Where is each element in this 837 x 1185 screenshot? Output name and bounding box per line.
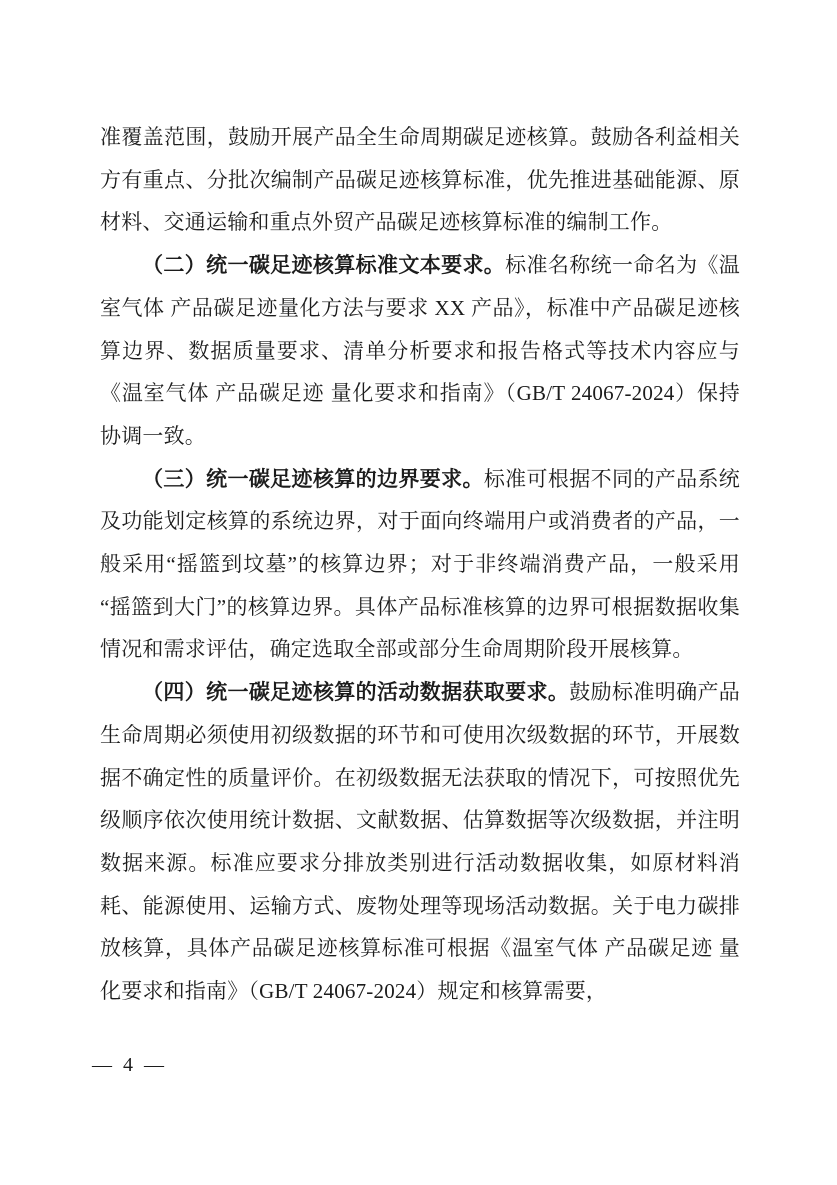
document-body: 准覆盖范围，鼓励开展产品全生命周期碳足迹核算。鼓励各利益相关方有重点、分批次编制… <box>100 116 740 1013</box>
section-heading: （三）统一碳足迹核算的边界要求。 <box>142 467 484 491</box>
paragraph-continuation: 准覆盖范围，鼓励开展产品全生命周期碳足迹核算。鼓励各利益相关方有重点、分批次编制… <box>100 116 740 244</box>
paragraph-section-3: （三）统一碳足迹核算的边界要求。标准可根据不同的产品系统及功能划定核算的系统边界… <box>100 458 740 672</box>
paragraph-text: 标准名称统一命名为《温室气体 产品碳足迹量化方法与要求 XX 产品》，标准中产品… <box>100 253 740 448</box>
section-heading: （四）统一碳足迹核算的活动数据获取要求。 <box>142 680 569 704</box>
page-number: — 4 — <box>92 1050 167 1080</box>
paragraph-section-2: （二）统一碳足迹核算标准文本要求。标准名称统一命名为《温室气体 产品碳足迹量化方… <box>100 244 740 458</box>
document-page: 准覆盖范围，鼓励开展产品全生命周期碳足迹核算。鼓励各利益相关方有重点、分批次编制… <box>0 0 837 1185</box>
page-number-label: — 4 — <box>92 1054 167 1076</box>
paragraph-text: 准覆盖范围，鼓励开展产品全生命周期碳足迹核算。鼓励各利益相关方有重点、分批次编制… <box>100 125 740 234</box>
section-heading: （二）统一碳足迹核算标准文本要求。 <box>142 253 505 277</box>
paragraph-text: 标准可根据不同的产品系统及功能划定核算的系统边界，对于面向终端用户或消费者的产品… <box>100 467 740 662</box>
paragraph-text: 鼓励标准明确产品生命周期必须使用初级数据的环节和可使用次级数据的环节，开展数据不… <box>100 680 740 1003</box>
paragraph-section-4: （四）统一碳足迹核算的活动数据获取要求。鼓励标准明确产品生命周期必须使用初级数据… <box>100 671 740 1013</box>
